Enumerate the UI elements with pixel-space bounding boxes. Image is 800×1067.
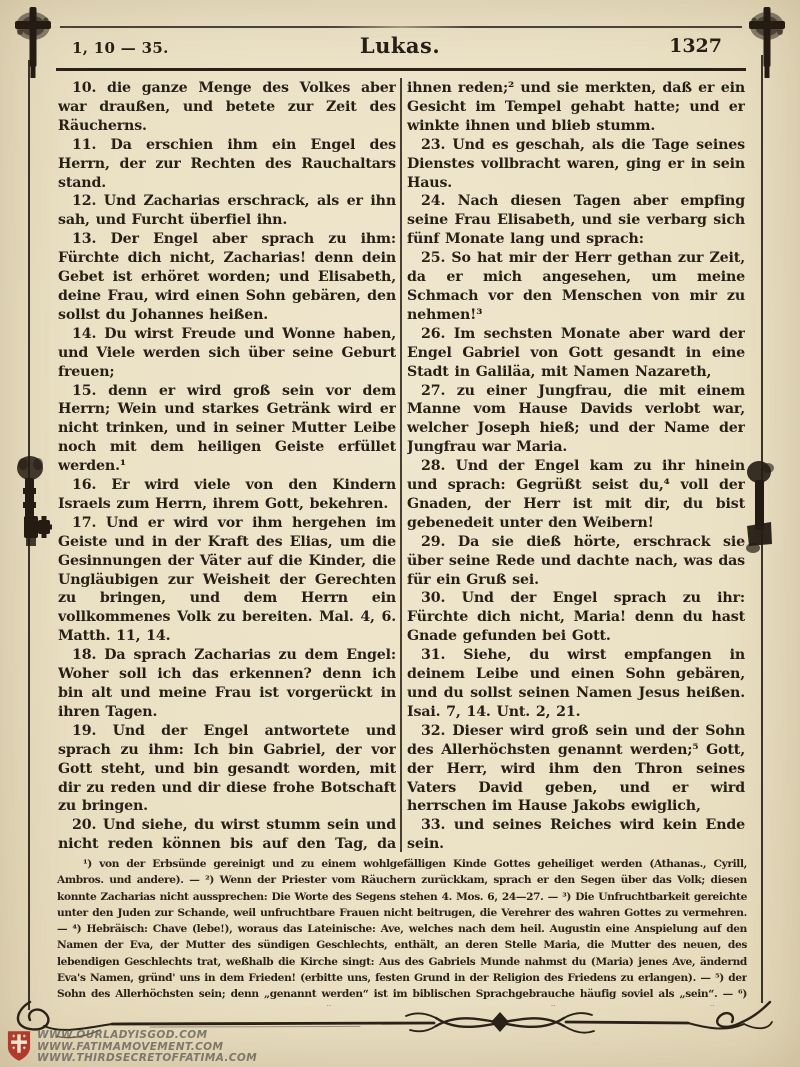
verse-number: 11.	[72, 137, 111, 153]
verse: 18.Da sprach Zacharias zu dem Engel: Woh…	[58, 646, 396, 722]
verse-text: Du wirst Freude und Wonne haben, und Vie…	[58, 326, 396, 380]
verse-text: und seines Reiches wird kein Ende sein.	[407, 817, 745, 852]
verse-text: Dieser wird groß sein und der Sohn des A…	[407, 723, 745, 815]
verse-text: Und er wird vor ihm hergehen im Geiste u…	[58, 515, 396, 644]
verse-number: 17.	[72, 515, 106, 531]
scanned-bible-page: 1, 10 — 35. Lukas. 1327 10.die ganze Men…	[0, 0, 800, 1067]
page-title: Lukas.	[58, 33, 742, 58]
right-column-verses: 23.Und es geschah, als die Tage seines D…	[407, 136, 745, 853]
footnotes-block: ¹) von der Erbsünde gereinigt und zu ein…	[57, 856, 747, 1006]
footnotes-text: ¹) von der Erbsünde gereinigt und zu ein…	[57, 856, 747, 1006]
verse: 24.Nach diesen Tagen aber empfing seine …	[407, 192, 745, 249]
verse-text: denn er wird groß sein vor dem Herrn; We…	[58, 383, 396, 475]
verse-text: Da sie dieß hörte, erschrack sie über se…	[407, 534, 745, 588]
verse-text: So hat mir der Herr gethan zur Zeit, da …	[407, 250, 745, 323]
verse-number: 33.	[421, 817, 454, 833]
verse-continuation: ihnen reden;² und sie merkten, daß er ei…	[407, 79, 745, 136]
verse: 13.Der Engel aber sprach zu ihm: Fürchte…	[58, 230, 396, 325]
verse-number: 32.	[421, 723, 452, 739]
verse-text: Nach diesen Tagen aber empfing seine Fra…	[407, 193, 745, 247]
verse-number: 19.	[72, 723, 113, 739]
verse: 31.Siehe, du wirst empfangen in deinem L…	[407, 646, 745, 722]
verse: 23.Und es geschah, als die Tage seines D…	[407, 136, 745, 193]
verse: 20.Und siehe, du wirst stumm sein und ni…	[58, 816, 396, 853]
verse-number: 29.	[421, 534, 458, 550]
watermark-url: WWW.OURLADYISGOD.COM	[37, 1030, 257, 1042]
page-number: 1327	[669, 35, 722, 57]
verse-number: 12.	[72, 193, 104, 209]
verse: 25.So hat mir der Herr gethan zur Zeit, …	[407, 249, 745, 325]
verse: 29.Da sie dieß hörte, erschrack sie über…	[407, 533, 745, 590]
verse-text: Da sprach Zacharias zu dem Engel: Woher …	[58, 647, 396, 720]
verse-number: 10.	[72, 80, 107, 96]
verse: 14.Du wirst Freude und Wonne haben, und …	[58, 325, 396, 382]
column-divider-rule	[400, 78, 402, 852]
verse-text: die ganze Menge des Volkes aber war drau…	[58, 80, 396, 134]
corner-cross-icon	[744, 5, 790, 79]
verse-number: 24.	[421, 193, 458, 209]
verse-text: Und Zacharias erschrack, als er ihn sah,…	[58, 193, 396, 228]
text-column-left: 10.die ganze Menge des Volkes aber war d…	[58, 79, 396, 853]
verse-number: 28.	[421, 458, 456, 474]
border-ornament-icon	[12, 452, 52, 564]
verse-number: 30.	[421, 590, 462, 606]
verse-number: 16.	[72, 477, 111, 493]
watermark-urls: WWW.OURLADYISGOD.COM WWW.FATIMAMOVEMENT.…	[37, 1030, 257, 1065]
verse-number: 25.	[421, 250, 451, 266]
watermark-url: WWW.THIRDSECRETOFFATIMA.COM	[37, 1053, 257, 1065]
verse-number: 15.	[72, 383, 108, 399]
verse: 15.denn er wird groß sein vor dem Herrn;…	[58, 382, 396, 477]
verse: 11.Da erschien ihm ein Engel des Herrn, …	[58, 136, 396, 193]
watermark: WWW.OURLADYISGOD.COM WWW.FATIMAMOVEMENT.…	[6, 1030, 257, 1065]
verse: 16.Er wird viele von den Kindern Israels…	[58, 476, 396, 514]
verse-number: 20.	[72, 817, 103, 833]
verse-text: Im sechsten Monate aber ward der Engel G…	[407, 326, 745, 380]
verse: 32.Dieser wird groß sein und der Sohn de…	[407, 722, 745, 817]
verse-text: zu einer Jungfrau, die mit einem Manne v…	[407, 383, 745, 456]
verse: 27.zu einer Jungfrau, die mit einem Mann…	[407, 382, 745, 458]
running-head: 1, 10 — 35. Lukas. 1327	[58, 33, 742, 63]
verse-text: Und es geschah, als die Tage seines Dien…	[407, 137, 745, 191]
verse-number: 26.	[421, 326, 454, 342]
watermark-shield-icon	[6, 1030, 32, 1062]
verse-number: 31.	[421, 647, 463, 663]
verse: 12.Und Zacharias erschrack, als er ihn s…	[58, 192, 396, 230]
verse-number: 13.	[72, 231, 111, 247]
corner-cross-icon	[10, 5, 56, 79]
verse-text: Und der Engel kam zu ihr hinein und spra…	[407, 458, 745, 531]
verse: 26.Im sechsten Monate aber ward der Enge…	[407, 325, 745, 382]
ink-blob	[745, 460, 775, 560]
verse-number: 14.	[72, 326, 104, 342]
verse: 19.Und der Engel antwortete und sprach z…	[58, 722, 396, 817]
verse: 33.und seines Reiches wird kein Ende sei…	[407, 816, 745, 853]
verse-text: Und siehe, du wirst stumm sein und nicht…	[58, 817, 396, 853]
top-rule	[60, 26, 742, 28]
verse-number: 23.	[421, 137, 452, 153]
text-column-right: ihnen reden;² und sie merkten, daß er ei…	[407, 79, 745, 853]
verse: 30.Und der Engel sprach zu ihr: Fürchte …	[407, 589, 745, 646]
verse: 17.Und er wird vor ihm hergehen im Geist…	[58, 514, 396, 646]
verse: 10.die ganze Menge des Volkes aber war d…	[58, 79, 396, 136]
header-rule	[56, 68, 746, 71]
verse-number: 18.	[72, 647, 104, 663]
verse-number: 27.	[421, 383, 457, 399]
verse: 28.Und der Engel kam zu ihr hinein und s…	[407, 457, 745, 533]
